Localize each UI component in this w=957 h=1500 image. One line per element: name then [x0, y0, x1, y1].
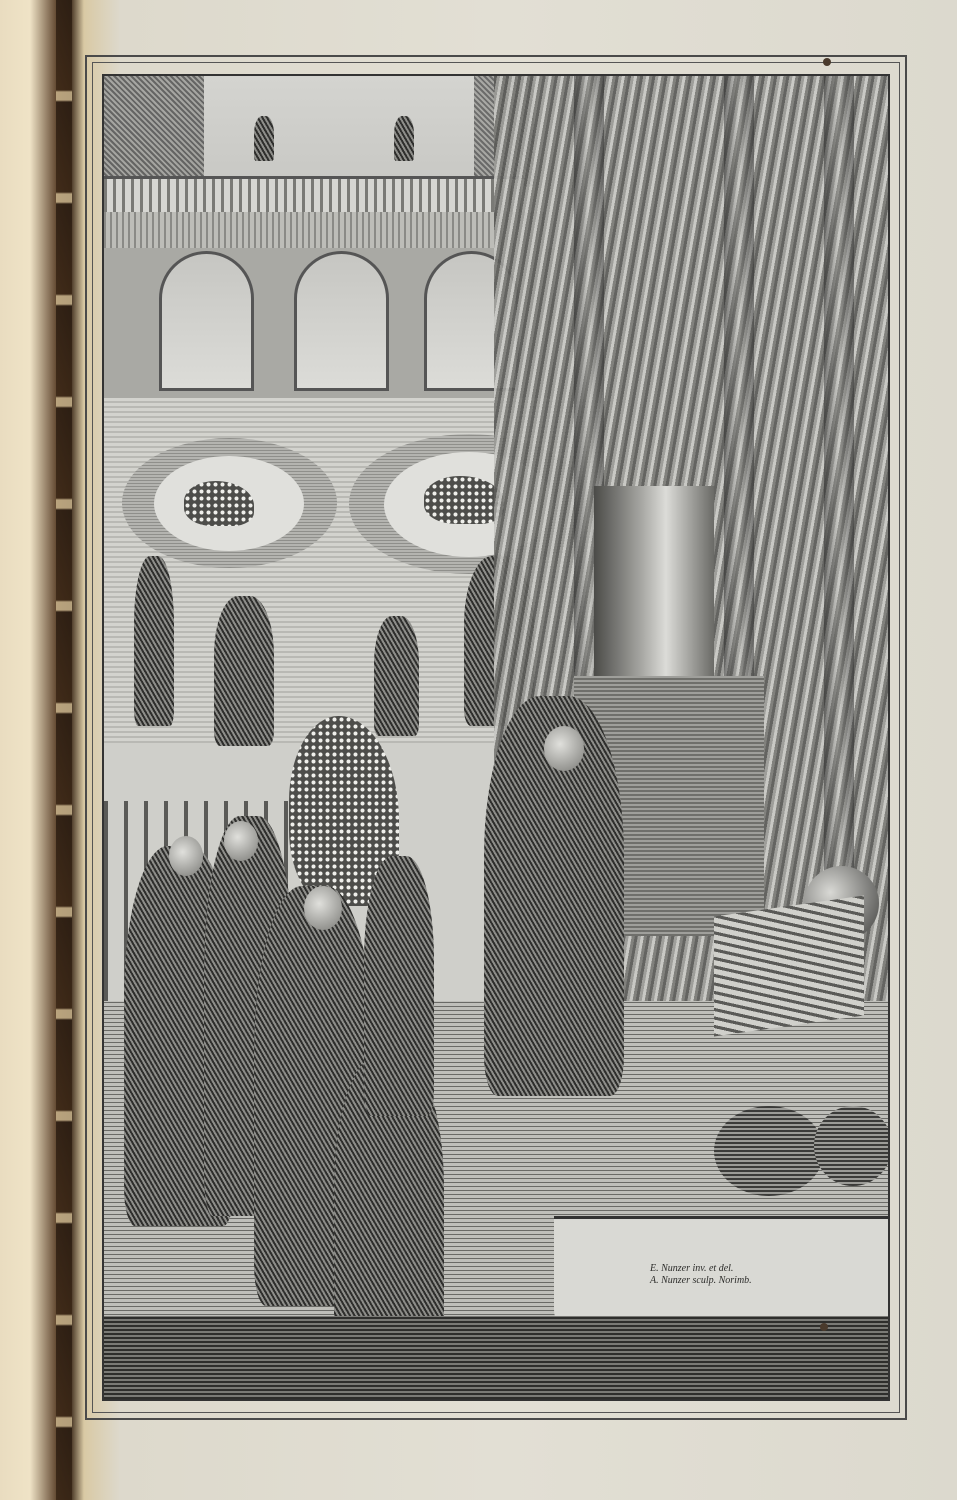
courtier-head	[169, 836, 203, 876]
engraver-signature: E. Nunzer inv. et del. A. Nunzer sculp. …	[650, 1263, 752, 1287]
garland-frieze	[104, 212, 544, 248]
binding-spine	[56, 0, 72, 1500]
arch-center	[294, 251, 389, 391]
foreground-shadow	[104, 1316, 890, 1401]
courtier-head	[224, 821, 258, 861]
signature-line-2: A. Nunzer sculp. Norimb.	[650, 1275, 752, 1287]
pin-hole	[820, 1323, 828, 1331]
books-and-instruments	[714, 895, 864, 1036]
drum-right	[814, 1106, 890, 1186]
prince-head	[304, 886, 342, 930]
minerva-head	[544, 726, 584, 771]
trees-left	[104, 76, 204, 186]
signature-line-1: E. Nunzer inv. et del.	[650, 1263, 752, 1275]
pin-hole	[823, 58, 831, 66]
page-boy	[364, 856, 434, 1116]
equestrian-statue-left	[254, 116, 274, 161]
arch-left	[159, 251, 254, 391]
equestrian-statue-right	[394, 116, 414, 161]
rider-with-horse	[134, 556, 174, 726]
bowing-courtier	[374, 616, 419, 736]
courtiers-group-left	[214, 596, 274, 746]
engraving-image	[102, 74, 890, 1401]
drum-left	[714, 1106, 824, 1196]
